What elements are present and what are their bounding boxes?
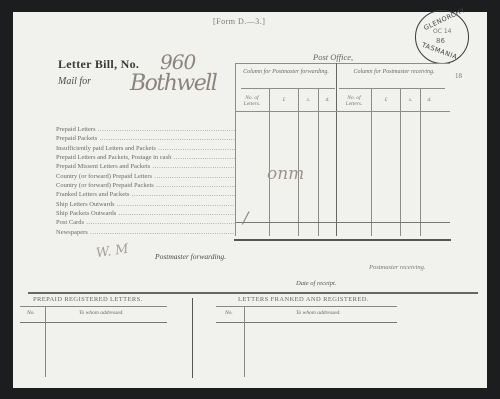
table-rule [339,88,445,89]
item-label: Country (or forward) Prepaid Letters [56,172,236,181]
item-label: Ship Letters Outwards [56,200,236,209]
col-pounds: £ [270,97,298,103]
table-rule [298,88,299,236]
totals-rule [236,222,450,223]
table-rule [400,88,401,236]
letter-bill-form: [Form D.—3.] Letter Bill, No. 960 Mail f… [13,12,487,388]
table-bottom-rule [234,239,451,241]
table-rule [235,111,450,112]
section-divider [192,298,193,378]
table-divider [336,63,337,236]
item-label: Prepaid Packets [56,134,236,143]
col-pence: d. [319,97,336,103]
postmaster-forwarding-label: Postmaster forwarding. [155,252,226,261]
col-pence: d. [421,97,438,103]
table-rule [235,63,450,64]
mail-for-label: Mail for [58,76,91,87]
tally-table: Column for Postmaster forwarding. Column… [235,63,450,251]
receiving-header: Column for Postmaster receiving. [339,68,449,76]
table-rule [20,322,167,323]
item-label: Prepaid Letters [56,125,236,134]
col-no-of-letters: No. of Letters. [339,95,369,107]
date-of-receipt-label: Date of receipt. [296,280,336,287]
col-shillings: s. [299,97,318,103]
col-shillings: s. [401,97,420,103]
table-rule [269,88,270,236]
table-rule [235,63,236,236]
item-label: Prepaid Missent Letters and Packets [56,162,236,171]
table-rule [241,88,335,89]
year-prefix: 18 [455,72,462,80]
item-label: Country (or forward) Prepaid Packets [56,181,236,190]
table-rule [244,307,245,377]
section-rule [28,292,478,294]
postmark-year: 86 [436,37,445,45]
mail-for-handwritten: Bothwell [130,71,216,96]
mail-items-list: Prepaid Letters Prepaid Packets Insuffic… [56,125,236,237]
franked-registered-title: LETTERS FRANKED AND REGISTERED. [238,296,369,303]
col-no-of-letters: No. of Letters. [237,95,267,107]
col-no: No. [225,310,233,316]
table-rule [420,88,421,236]
table-rule [20,306,167,307]
post-office-label: Post Office, [313,52,353,62]
postmaster-receiving-label: Postmaster receiving. [369,264,425,271]
forwarding-header: Column for Postmaster forwarding. [237,68,335,76]
postmark-stamp: GLENORCHY OC 14 86 TASMANIA [415,10,469,64]
postmark-date: OC 14 [433,28,451,35]
col-to-whom-addressed: To whom addressed. [79,310,124,316]
item-label: Prepaid Letters and Packets, Postage in … [56,153,236,162]
form-title: Letter Bill, No. [58,57,139,72]
item-label: Franked Letters and Packets [56,190,236,199]
item-label: Insufficiently paid Letters and Packets [56,144,236,153]
table-rule [45,307,46,377]
entry-mark-handwritten: onm [267,164,304,184]
item-label: Post Cards [56,218,236,227]
form-code: [Form D.—3.] [213,17,265,26]
table-rule [318,88,319,236]
item-label: Ship Packets Outwards [56,209,236,218]
table-rule [371,88,372,236]
initials-handwritten: W. M [95,242,129,261]
tally-mark-handwritten: / [243,208,248,227]
col-to-whom-addressed: To whom addressed. [296,310,341,316]
col-pounds: £ [372,97,400,103]
item-label: Newspapers [56,228,236,237]
prepaid-registered-title: PREPAID REGISTERED LETTERS. [33,296,143,303]
col-no: No. [27,310,35,316]
